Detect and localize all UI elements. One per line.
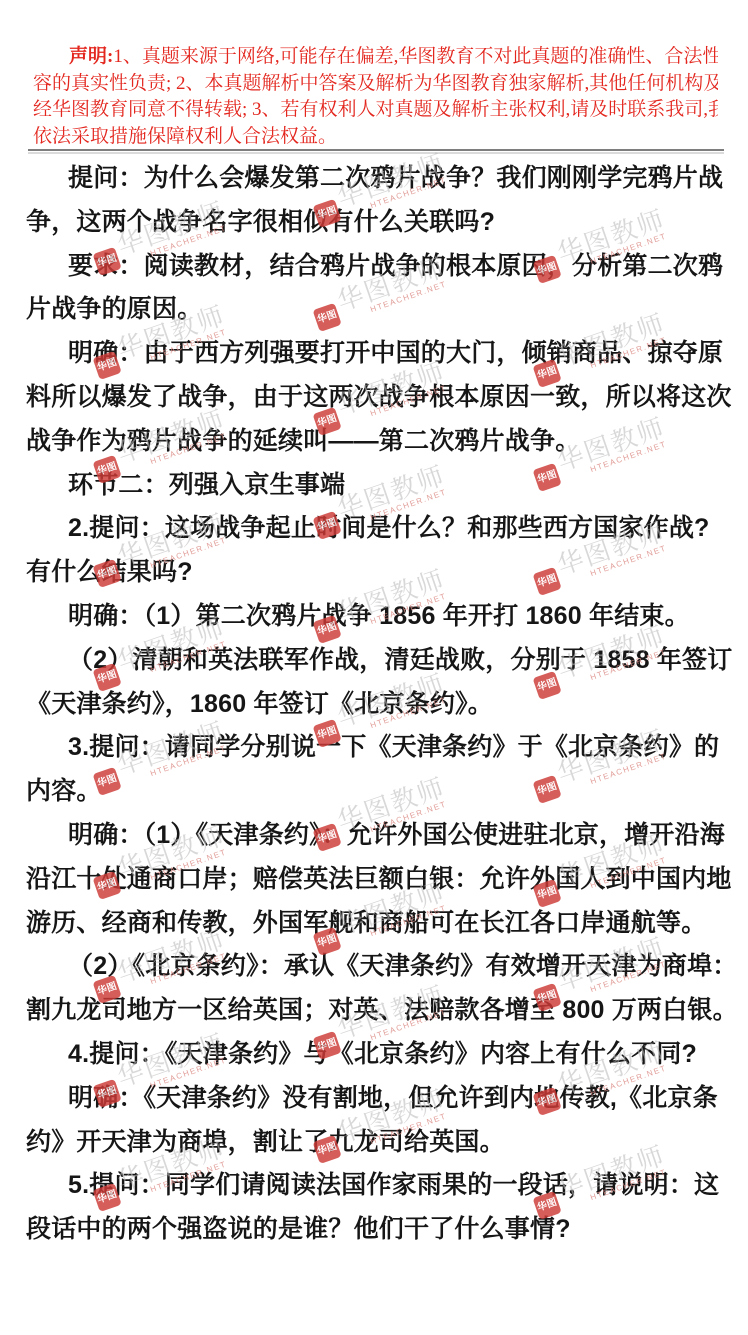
text-line: 明确：由于西方列强要打开中国的大门，倾销商品、掠夺原 bbox=[26, 332, 720, 376]
disclaimer-line: 经华图教育同意不得转载; 3、若有权利人对真题及解析主张权利,请及时联系我司,我… bbox=[33, 97, 718, 124]
disclaimer-label: 声明: bbox=[69, 46, 113, 67]
text-line: 料所以爆发了战争，由于这两次战争根本原因一致，所以将这次 bbox=[26, 376, 720, 420]
text-line: （2）清朝和英法联军作战，清廷战败，分别于 1858 年签订 bbox=[26, 639, 720, 683]
text-line: 片战争的原因。 bbox=[26, 288, 720, 332]
document-page: 声明:1、真题来源于网络,可能存在偏差,华图教育不对此真题的准确性、合法性以及内… bbox=[0, 0, 748, 1335]
text-line: 明确：（1）《天津条约》：允许外国公使进驻北京，增开沿海 bbox=[26, 814, 720, 858]
text-line: 2.提问：这场战争起止时间是什么？和那些西方国家作战? bbox=[26, 507, 720, 551]
text-line: 约》开天津为商埠，割让了九龙司给英国。 bbox=[26, 1121, 720, 1165]
text-line: 争，这两个战争名字很相似有什么关联吗? bbox=[26, 201, 720, 245]
disclaimer-line: 声明:1、真题来源于网络,可能存在偏差,华图教育不对此真题的准确性、合法性以及内 bbox=[33, 44, 718, 71]
text-line: 3.提问：请同学分别说一下《天津条约》于《北京条约》的 bbox=[26, 726, 720, 770]
text-line: 战争作为鸦片战争的延续叫——第二次鸦片战争。 bbox=[26, 420, 720, 464]
disclaimer-line: 容的真实性负责; 2、本真题解析中答案及解析为华图教育独家解析,其他任何机构及个… bbox=[33, 71, 718, 98]
text-line: 内容。 bbox=[26, 770, 720, 814]
text-line: 4.提问：《天津条约》与《北京条约》内容上有什么不同? bbox=[26, 1033, 720, 1077]
lesson-text: 提问：为什么会爆发第二次鸦片战争？我们刚刚学完鸦片战争，这两个战争名字很相似有什… bbox=[26, 157, 720, 1252]
text-line: （2）《北京条约》：承认《天津条约》有效增开天津为商埠： bbox=[26, 945, 720, 989]
text-line: 要求：阅读教材，结合鸦片战争的根本原因，分析第二次鸦 bbox=[26, 245, 720, 289]
text-line: 环节二：列强入京生事端 bbox=[26, 464, 720, 508]
text-line: 段话中的两个强盗说的是谁？他们干了什么事情? bbox=[26, 1208, 720, 1252]
disclaimer-line: 依法采取措施保障权利人合法权益。 bbox=[33, 124, 718, 151]
text-line: 5.提问：同学们请阅读法国作家雨果的一段话，请说明：这 bbox=[26, 1164, 720, 1208]
text-line: 提问：为什么会爆发第二次鸦片战争？我们刚刚学完鸦片战 bbox=[26, 157, 720, 201]
divider-rule bbox=[28, 149, 724, 151]
disclaimer: 声明:1、真题来源于网络,可能存在偏差,华图教育不对此真题的准确性、合法性以及内… bbox=[33, 44, 718, 150]
text-line: 游历、经商和传教，外国军舰和商船可在长江各口岸通航等。 bbox=[26, 902, 720, 946]
text-line: 《天津条约》，1860 年签订《北京条约》。 bbox=[26, 683, 720, 727]
text-line: 有什么结果吗? bbox=[26, 551, 720, 595]
text-line: 明确：（1）第二次鸦片战争 1856 年开打 1860 年结束。 bbox=[26, 595, 720, 639]
text-line: 明确：《天津条约》没有割地，但允许到内地传教,《北京条 bbox=[26, 1077, 720, 1121]
text-line: 沿江十处通商口岸；赔偿英法巨额白银：允许外国人到中国内地 bbox=[26, 858, 720, 902]
text-line: 割九龙司地方一区给英国；对英、法赔款各增至 800 万两白银。 bbox=[26, 989, 720, 1033]
disclaimer-text: 1、真题来源于网络,可能存在偏差,华图教育不对此真题的准确性、合法性以及内 bbox=[113, 46, 718, 67]
